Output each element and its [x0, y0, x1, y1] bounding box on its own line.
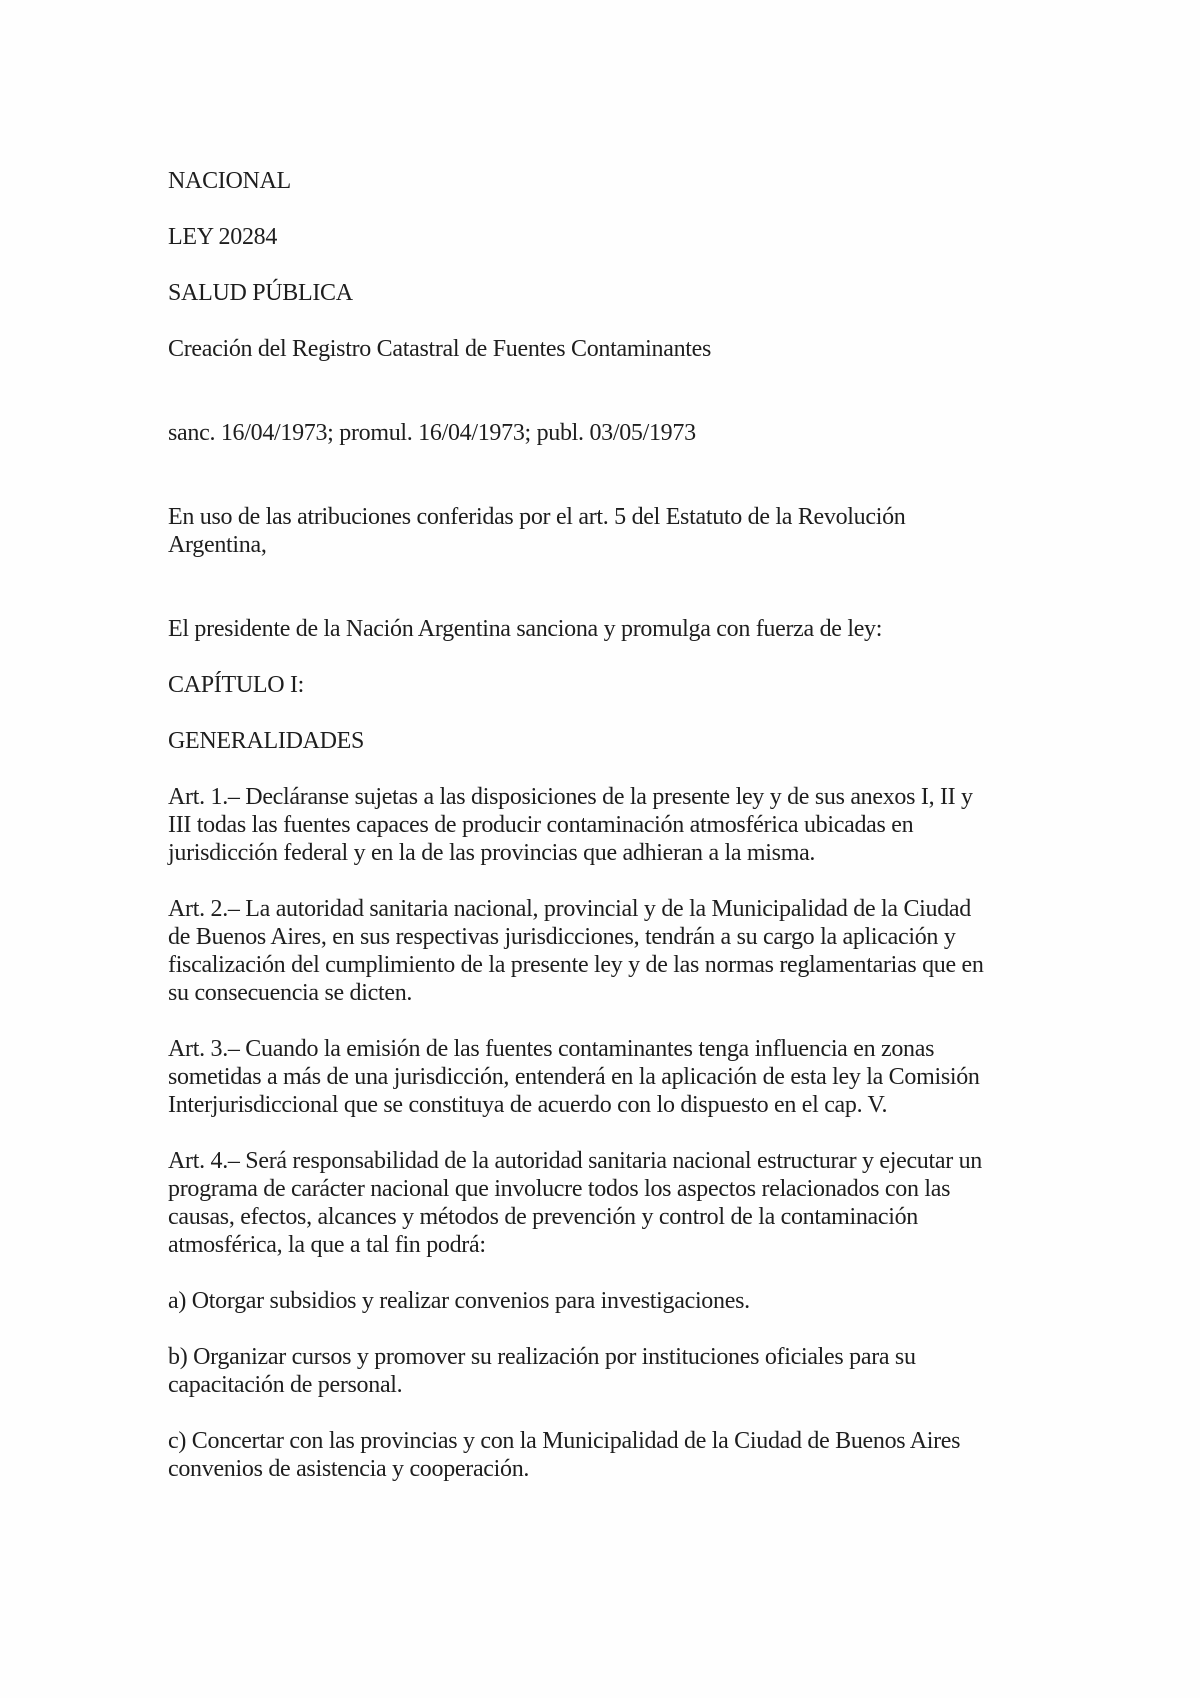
article-1: Art. 1.– Decláranse sujetas a las dispos…: [168, 783, 1068, 867]
item-b: b) Organizar cursos y promover su realiz…: [168, 1343, 1068, 1399]
preamble-enactment: El presidente de la Nación Argentina san…: [168, 615, 1068, 643]
article-3: Art. 3.– Cuando la emisión de las fuente…: [168, 1035, 1068, 1119]
law-number-line: LEY 20284: [168, 223, 1068, 251]
subject-line: SALUD PÚBLICA: [168, 279, 1068, 307]
dates-line: sanc. 16/04/1973; promul. 16/04/1973; pu…: [168, 419, 1068, 447]
chapter-subheading: GENERALIDADES: [168, 727, 1068, 755]
preamble-attributions: En uso de las atribuciones conferidas po…: [168, 503, 1068, 559]
document-title: Creación del Registro Catastral de Fuent…: [168, 335, 1068, 363]
item-a: a) Otorgar subsidios y realizar convenio…: [168, 1287, 1068, 1315]
article-2: Art. 2.– La autoridad sanitaria nacional…: [168, 895, 1068, 1007]
document-page: NACIONAL LEY 20284 SALUD PÚBLICA Creació…: [0, 0, 1200, 1698]
article-4: Art. 4.– Será responsabilidad de la auto…: [168, 1147, 1068, 1259]
jurisdiction-line: NACIONAL: [168, 167, 1068, 195]
chapter-heading: CAPÍTULO I:: [168, 671, 1068, 699]
item-c: c) Concertar con las provincias y con la…: [168, 1427, 1068, 1483]
